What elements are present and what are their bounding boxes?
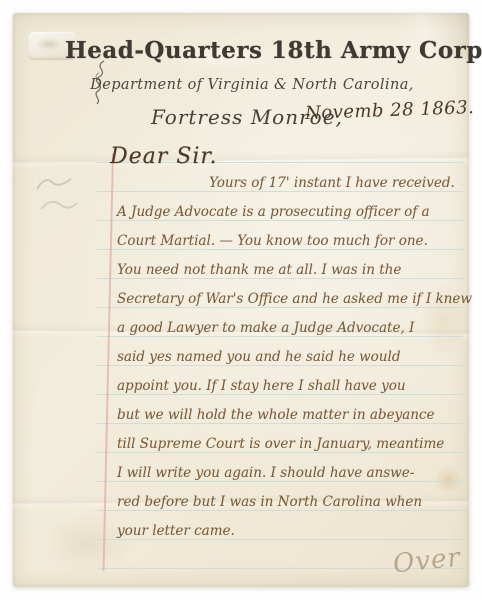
handwritten-line: I will write you again. I should have an…: [117, 459, 467, 488]
handwritten-line: Court Martial. — You know too much for o…: [117, 227, 467, 256]
handwritten-line: a good Lawyer to make a Judge Advocate, …: [117, 314, 467, 343]
letterhead-department: Department of Virginia & North Carolina,: [65, 77, 439, 93]
handwritten-line: Yours of 17' instant I have received.: [117, 169, 467, 198]
handwritten-line: Secretary of War's Office and he asked m…: [117, 285, 467, 314]
handwritten-line: appoint you. If I stay here I shall have…: [117, 372, 467, 401]
letterhead-title: Head-Quarters 18th Army Corps,: [65, 37, 461, 64]
scan-background: Head-Quarters 18th Army Corps, Departmen…: [0, 0, 482, 600]
letter-paper: Head-Quarters 18th Army Corps, Departmen…: [13, 13, 469, 587]
handwritten-line: A Judge Advocate is a prosecuting office…: [117, 198, 467, 227]
handwritten-line: said yes named you and he said he would: [117, 343, 467, 372]
handwritten-line: till Supreme Court is over in January, m…: [117, 430, 467, 459]
salutation: Dear Sir.: [110, 144, 217, 169]
handwritten-line: red before but I was in North Carolina w…: [117, 488, 467, 517]
handwritten-line: your letter came.: [117, 517, 467, 546]
faint-pencil-marks: [23, 161, 85, 237]
letter-body: Yours of 17' instant I have received.A J…: [117, 169, 467, 546]
handwritten-line: You need not thank me at all. I was in t…: [117, 256, 467, 285]
handwritten-line: but we will hold the whole matter in abe…: [117, 401, 467, 430]
